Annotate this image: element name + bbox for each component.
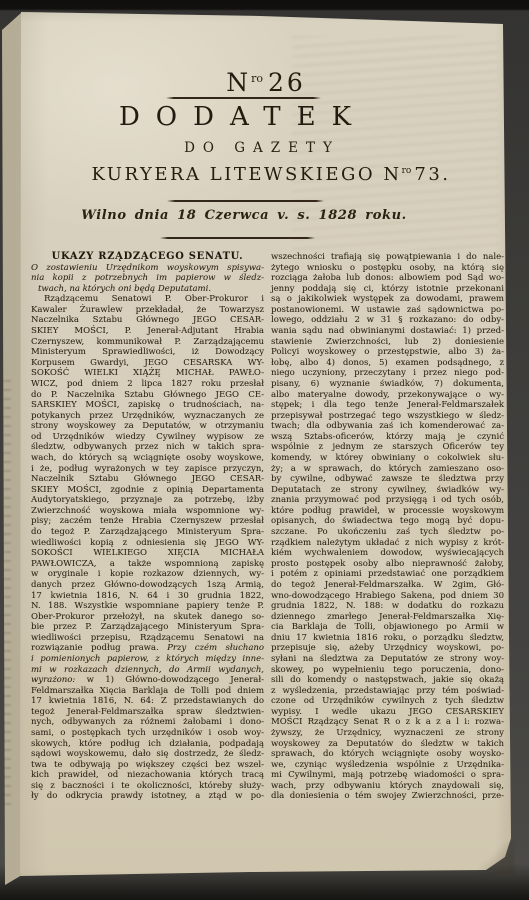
- text-line: Zwierzchność woyskowa miała wspomnione w…: [31, 506, 264, 517]
- text-line: pisany, 6) wyznanie świadków, 7) dokumen…: [271, 379, 504, 390]
- issue-prefix: N: [226, 68, 251, 97]
- text-line: rządkiem należytym układać z nich wypisy…: [271, 538, 504, 549]
- text-line: prosto postępek osoby albo nieprawność ż…: [271, 559, 504, 570]
- text-line: kiém wychwaleniem dowodow, wyświecającyc…: [271, 548, 504, 559]
- text-line: sprawach, do których wciągnięte osoby wo…: [271, 749, 504, 760]
- text-line: się z baczności i te okoliczności, które…: [31, 781, 264, 792]
- text-line: skowey, po wypełnieniu tego poruczenia, …: [271, 665, 504, 676]
- text-line: sili do komendy o następstwach, jakie si…: [271, 675, 504, 686]
- text-line: strony woyskowey za Deputatów, w otrzyma…: [31, 421, 264, 432]
- text-line: niego uczyniony, przeczytany i przez nie…: [271, 368, 504, 379]
- text-line: z wyśledzenia, przedstawiając przy tém p…: [271, 686, 504, 697]
- text-line: są o jakikolwiek występek za dowodami, p…: [271, 294, 504, 305]
- text-line: Czernyszew, kommunikował P. Zarządzające…: [31, 337, 264, 348]
- text-line: PAWŁOWICZA, a także wspomnioną zapiskę: [31, 559, 264, 570]
- text-line: ży; a w sprawach, do których zamieszano …: [271, 464, 504, 475]
- text-line: czone od Urzędników cywilnych z tych śle…: [271, 696, 504, 707]
- text-line: woyskowey za Deputatów do śledztw w taki…: [271, 739, 504, 750]
- text-line: SOKOŚĆ WIELKI XIĄŻĘ MICHAŁ PAWŁO-: [31, 368, 264, 379]
- text-line: wiedliwości przepisu, Rządzącemu Senatow…: [31, 633, 264, 644]
- dateline: Wilno dnia 18 Czerwca v. s. 1828 roku.: [81, 208, 407, 223]
- text-line: twa te odbywają po większey części bez w…: [31, 760, 264, 771]
- masthead-subtitle: DO GAZETY: [184, 140, 340, 156]
- text-line: nych, odbywanych za różnemi żałobami i d…: [31, 717, 264, 728]
- text-line: tegoż Jenerał-Feldmarszałka spraw śledzt…: [31, 707, 264, 718]
- text-line: bie przez P. Zarządzającego Ministeryum …: [31, 622, 264, 633]
- left-column: UKAZY RZĄDZĄCEGO SENATU.O zostawieniu Ur…: [31, 252, 264, 802]
- text-line: przepisuje się, ażeby Urzędnicy woyskowi…: [271, 643, 504, 654]
- text-line: rozwiązanie podług prawa. Przy czém słuc…: [31, 643, 264, 654]
- text-line: i pomienionych papierow, z których międz…: [31, 654, 264, 665]
- text-line: wspólnie z jednym ze starszych Oficerów …: [271, 442, 504, 453]
- text-line: przepisywał postrzegać tego wszystkiego …: [271, 411, 504, 422]
- text-line: i że, podług wyrażonych w tey zapisce pr…: [31, 464, 264, 475]
- text-line: potykanych przez Urzędników, wyznaczanyc…: [31, 411, 264, 422]
- text-line: dniu 17 kwietnia 1816 roku, o porządku ś…: [271, 633, 504, 644]
- text-line: wypisy. I wedle ukazu JEGO CESARSKIEY: [271, 707, 504, 718]
- text-line: Naczelnika Sztabu Głównego JEGO CESAR-: [31, 315, 264, 326]
- text-line: lowego, oddziału 2 w 31 § rozkazano: do …: [271, 315, 504, 326]
- text-line: stępek; i dla tego tenże Jenerał-Feldmar…: [271, 400, 504, 411]
- text-line: jenny poddają się ci, którzy istotnie pr…: [271, 284, 504, 295]
- text-line: wyrażono: w 1) Główno-dowodzącego Jenera…: [31, 675, 264, 686]
- text-line: wania sądu nad obwinianymi dostawiać: 1)…: [271, 326, 504, 337]
- text-line: MOŚCI Rządzący Senat R o z k a z a l i: …: [271, 717, 504, 728]
- issue-value: 26: [268, 68, 306, 97]
- divider-rule: [166, 97, 321, 99]
- text-line: pisy; zaczém tenże Hrabia Czernyszew prz…: [31, 516, 264, 527]
- text-line: znania przyymować pod przysięgą i od tyc…: [271, 495, 504, 506]
- text-line: Audytoryatskiego, przyznaje za potrzebę,…: [31, 495, 264, 506]
- text-line: wszechności trafiają się powątpiewania i…: [271, 252, 504, 263]
- text-line: cia Barklaja de Tolli, objawionego po Ar…: [271, 622, 504, 633]
- series-prefix: N: [383, 164, 401, 185]
- text-line: syłani na śledztwa za Deputatów ze stron…: [271, 654, 504, 665]
- text-line: śledztw, odbywanych przez nich w takich …: [31, 442, 264, 453]
- text-line: stawienie Zwierzchności, lub 2) doniesie…: [271, 337, 504, 348]
- text-line: wiedliwości kopią z odniesienia się JEGO…: [31, 538, 264, 549]
- text-line: danych przez Główno-dowodzących 1szą Arm…: [31, 580, 264, 591]
- text-line: 17 kwietnia 1816, N. 64 i 30 grudnia 182…: [31, 591, 264, 602]
- text-line: twach; dla odbywania zaś ich komenderowa…: [271, 421, 504, 432]
- text-line: wach, przy odbywaniu których znaydowali …: [271, 781, 504, 792]
- text-line: dla doniesienia o tém swojey Zwierzchnoś…: [271, 791, 504, 802]
- text-line: opisanych, do świadectwa tego mogą być d…: [271, 516, 504, 527]
- text-line: SKIEY MOŚCI, zgodnie z opinią Departamen…: [31, 485, 264, 496]
- text-line: kich prawideł, od niezachowania których …: [31, 770, 264, 781]
- text-line: Ministeryum Sprawiedliwości, iż Dowodząc…: [31, 347, 264, 358]
- text-line: Rządzącemu Senatowi P. Ober-Prokuror i: [31, 294, 264, 305]
- text-line: rozciąga żałoba lub donos: albowiem pod …: [271, 273, 504, 284]
- text-line: we, czyniąc wyśledzenia wspólnie z Urzęd…: [271, 760, 504, 771]
- text-line: w oryginale i kopie rozkazow dziennych, …: [31, 569, 264, 580]
- text-line: sądowi woyskowemu, dało się dostrzedz, ż…: [31, 749, 264, 760]
- divider-rule: [160, 237, 315, 239]
- bleed-through-marks: [3, 380, 11, 810]
- text-line: O zostawieniu Urzędnikom woyskowym spisy…: [31, 263, 264, 274]
- text-line: ły do odkrycia prawdy istotney, a ztąd w…: [31, 791, 264, 802]
- text-line: sami, o postępkach tych urzędników i oso…: [31, 728, 264, 739]
- text-line: mi w rozkazach dziennych, do Armii wydan…: [31, 665, 264, 676]
- text-line: Policyi woyskowey o przestępstwie, albo …: [271, 347, 504, 358]
- text-line: skowych, które podług ich działania, pod…: [31, 739, 264, 750]
- text-line: N. 188. Wszystkie wspomniane papiery ten…: [31, 601, 264, 612]
- text-line: Ober-Prokuror przełożył, na skutek daneg…: [31, 612, 264, 623]
- text-line: Korpusem Gwardyi, JEGO CESARSKA WY-: [31, 358, 264, 369]
- right-column: wszechności trafiają się powątpiewania i…: [271, 252, 504, 802]
- text-line: by cywilne, odbywać zawsze te śledztwa p…: [271, 474, 504, 485]
- text-line: albo materyalne dowody, przekonywające o…: [271, 390, 504, 401]
- document-scan: Nro26 DODATEK DO GAZETY KURYERA LITEWSKI…: [0, 0, 529, 900]
- text-line: SKIEY MOŚCI, P. Jenerał-Adjutant Hrabia: [31, 326, 264, 337]
- text-line: SOKOŚCI WIELKIEGO XIĘCIA MICHAŁA: [31, 548, 264, 559]
- text-line: SARSKIEY MOŚCI, zapiskę o trudnościach, …: [31, 400, 264, 411]
- text-line: wach, do których są wciągnięte osoby woy…: [31, 453, 264, 464]
- series-number: 73.: [414, 164, 450, 185]
- dog-ear-shadow: [478, 842, 514, 874]
- text-line: Naczelnik Sztabu Głównego JEGO CESAR-: [31, 474, 264, 485]
- text-line: do P. Naczelnika Sztabu Głównego JEGO CE…: [31, 390, 264, 401]
- text-line: które podług prawideł, w processie woysk…: [271, 506, 504, 517]
- text-line: UKAZY RZĄDZĄCEGO SENATU.: [31, 252, 264, 263]
- text-line: grudnia 1822, N. 188: w dodatku do rozka…: [271, 601, 504, 612]
- text-line: do tegoż Jenerał-Feldmarszałka. W 2gim, …: [271, 580, 504, 591]
- series-title-line: KURYERA LITEWSKIEGO Nro73.: [91, 164, 450, 185]
- text-line: łobę, albo 4) donos, 5) examen podsądneg…: [271, 358, 504, 369]
- text-line: Kawaler Żurawlew przekładał, że Towarzys…: [31, 305, 264, 316]
- text-line: 17 kwietnia 1816, N. 64: Z przedstawiany…: [31, 696, 264, 707]
- text-line: wszą Sztabs-oficerów, którzy mają je czy…: [271, 432, 504, 443]
- text-line: żywszy, że Urzędnicy, wyznaczeni ze stro…: [271, 728, 504, 739]
- text-line: i potém z opiniami przedstawiać one porz…: [271, 569, 504, 580]
- text-line: do tegoż P. Zarządzającego Ministeryum S…: [31, 527, 264, 538]
- series-superscript: ro: [402, 166, 412, 176]
- text-line: dziennego zmarłego Jenerał-Feldmarszałka…: [271, 612, 504, 623]
- divider-rule: [167, 200, 324, 202]
- text-line: od Urzędników wiedzy Cywilney wypisow ze: [31, 432, 264, 443]
- text-line: wno-dowodzącego Hrabiego Sakena, pod dni…: [271, 591, 504, 602]
- text-line: nia kopii z potrzebnych im papierow w śl…: [31, 273, 264, 284]
- text-line: WICZ, pod dniem 2 lipca 1827 roku przesł…: [31, 379, 264, 390]
- text-line: żytego wniosku o postępku osoby, na któr…: [271, 263, 504, 274]
- text-line: mi Cywilnymi, mają potrzebę wiadomości o…: [271, 770, 504, 781]
- text-line: szczane. Po ukończeniu zaś tych śledztw …: [271, 527, 504, 538]
- text-line: twach, na których oni będą Deputatami.: [31, 284, 264, 295]
- text-line: komendy, w którey obwiniany o cokolwiek …: [271, 453, 504, 464]
- issue-number: Nro26: [226, 68, 306, 97]
- issue-superscript: ro: [251, 72, 263, 85]
- text-line: Deputatach ze strony cywilney, świadków …: [271, 485, 504, 496]
- text-line: postanowionemi. W ustawie zaś sądownictw…: [271, 305, 504, 316]
- masthead-title: DODATEK: [119, 102, 367, 132]
- series-title: KURYERA LITEWSKIEGO: [91, 164, 375, 185]
- text-line: Feldmarszałka Xięcia Barklaja de Tolli p…: [31, 686, 264, 697]
